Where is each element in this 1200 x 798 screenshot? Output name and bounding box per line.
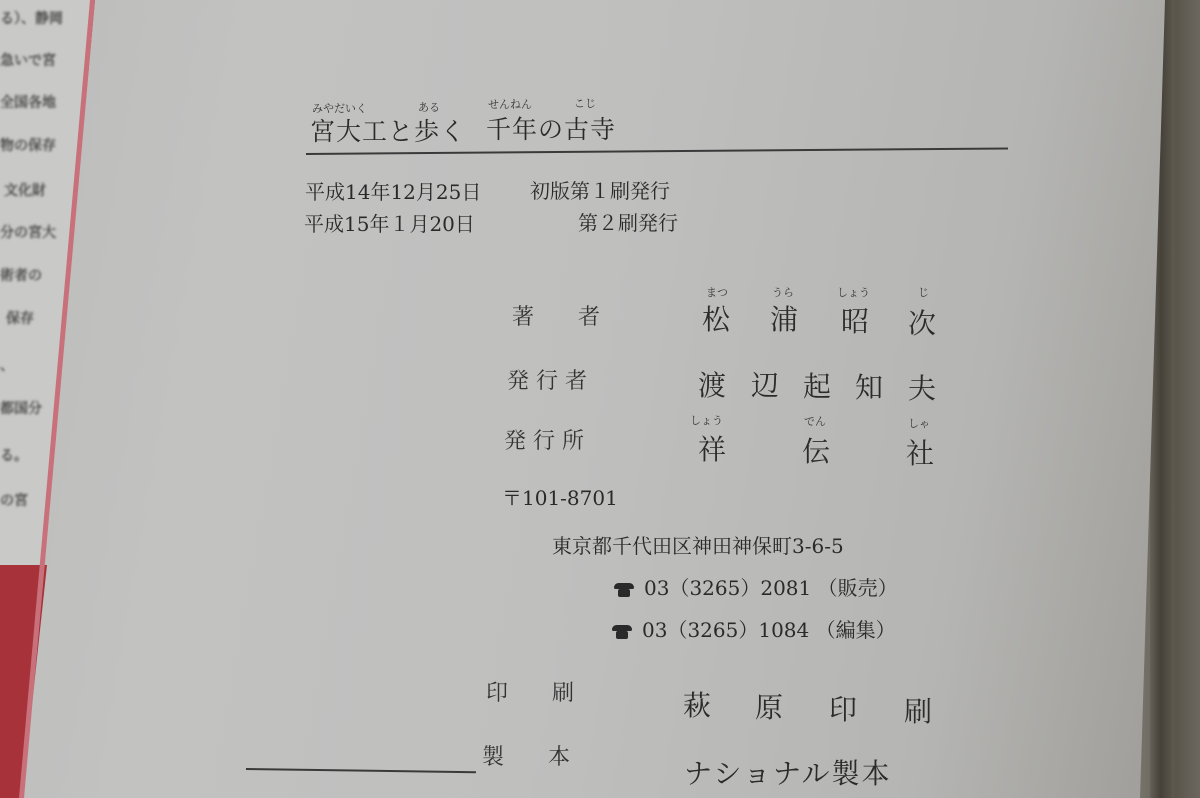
printer-char: 原: [755, 686, 783, 726]
binder-value: ナショナル製本: [684, 752, 891, 792]
telephone-icon: [614, 583, 634, 597]
author-char: 浦: [770, 298, 798, 338]
binder-label: 製 本: [482, 740, 570, 771]
phone-number: 03（3265）1084: [642, 618, 809, 642]
edition-1-label: 初版第１刷発行: [530, 175, 670, 204]
title-ruby-koji: こじ: [574, 95, 596, 111]
publishing-house-label: 発 行 所: [504, 424, 584, 455]
adjacent-fragment: 分の宮大: [0, 222, 56, 242]
edition-2-label: 第２刷発行: [578, 207, 678, 236]
book-title-part-1: 宮大工と歩く: [310, 112, 466, 148]
printer-char: 刷: [904, 690, 932, 730]
adjacent-fragment: 物の保存: [0, 135, 56, 155]
printer-label: 印 刷: [486, 676, 574, 707]
publisher-char: 起: [803, 365, 831, 405]
author-ruby: しょう: [837, 284, 870, 300]
street-address: 東京都千代田区神田神保町3-6-5: [552, 530, 844, 559]
publishing-house-ruby: しゃ: [908, 415, 930, 431]
adjacent-fragment: 文化財: [4, 180, 46, 200]
publisher-char: 知: [855, 366, 883, 406]
edition-2-date: 平成15年１月20日: [304, 208, 475, 237]
publisher-char: 辺: [751, 364, 779, 404]
publishing-house-char: 伝: [802, 430, 830, 470]
adjacent-fragment: る。: [0, 445, 28, 465]
author-label: 著 者: [512, 300, 600, 331]
phone-editorial: 03（3265）1084 （編集）: [612, 614, 896, 643]
printer-char: 萩: [683, 684, 711, 724]
adjacent-fragment: 保存: [6, 308, 34, 328]
publishing-house-ruby: でん: [804, 413, 826, 429]
publisher-char: 渡: [698, 364, 726, 404]
postal-code: 〒101-8701: [502, 482, 618, 511]
publisher-char: 夫: [908, 367, 936, 407]
author-char: 昭: [841, 300, 869, 340]
phone-dept: （販売）: [818, 576, 898, 600]
book-title-part-2: 千年の古寺: [486, 110, 616, 146]
edition-1-date: 平成14年12月25日: [305, 176, 481, 205]
author-char: 次: [908, 302, 936, 342]
phone-sales: 03（3265）2081 （販売）: [614, 572, 898, 601]
author-char: 松: [702, 298, 730, 338]
adjacent-fragment: 、: [0, 355, 14, 375]
telephone-icon: [612, 625, 632, 639]
adjacent-fragment: る）、静岡: [0, 8, 63, 28]
printer-char: 印: [829, 688, 857, 728]
author-ruby: じ: [918, 284, 929, 300]
adjacent-fragment: 術者の: [0, 265, 42, 285]
adjacent-fragment: 全国各地: [0, 92, 56, 112]
adjacent-fragment: 急いで宮: [0, 50, 56, 70]
publishing-house-char: 祥: [698, 428, 726, 468]
publishing-house-char: 社: [906, 432, 934, 472]
publisher-label: 発 行 者: [507, 364, 587, 395]
adjacent-fragment: の宮: [0, 490, 28, 510]
phone-number: 03（3265）2081: [644, 576, 811, 600]
publishing-house-ruby: しょう: [690, 412, 723, 428]
adjacent-fragment: 都国分: [0, 398, 42, 418]
phone-dept: （編集）: [816, 618, 896, 642]
